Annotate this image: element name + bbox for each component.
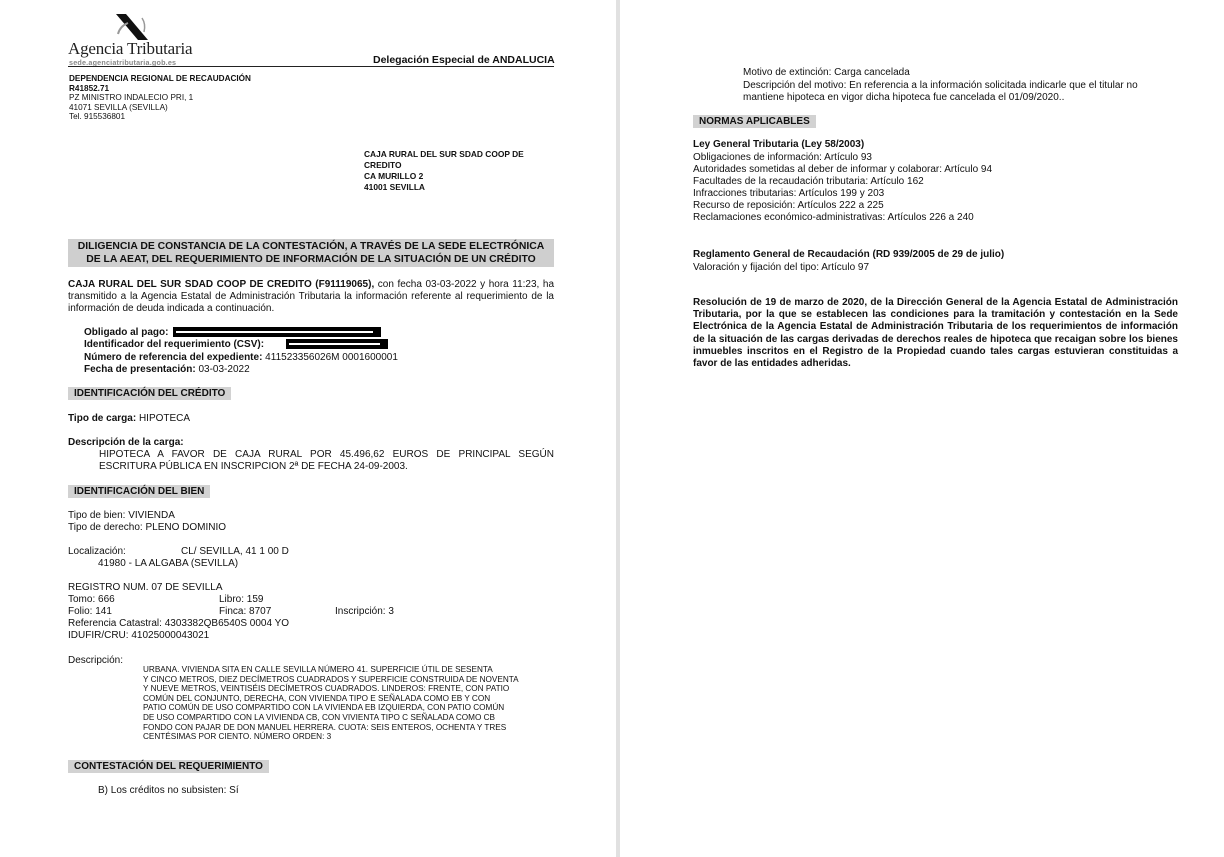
lgt-item: Recurso de reposición: Artículos 222 a 2… xyxy=(693,200,884,212)
tipo-bien: Tipo de bien: VIVIENDA xyxy=(68,510,175,522)
expediente-value: 411523356026M 0001600001 xyxy=(262,352,398,363)
header-rule xyxy=(68,66,554,67)
lgt-item: Autoridades sometidas al deber de inform… xyxy=(693,164,992,176)
inscripcion: Inscripción: 3 xyxy=(335,606,394,618)
tipo-carga-value: HIPOTECA xyxy=(136,413,190,424)
idufir: IDUFIR/CRU: 41025000043021 xyxy=(68,630,209,642)
descripcion-label: Descripción: xyxy=(68,655,123,667)
localizacion-line-2: 41980 - LA ALGABA (SEVILLA) xyxy=(98,558,238,570)
document-title-line-1: DILIGENCIA DE CONSTANCIA DE LA CONTESTAC… xyxy=(68,240,554,253)
logo-brand-text: Agencia Tributaria xyxy=(68,40,192,58)
rgr-title: Reglamento General de Recaudación (RD 93… xyxy=(693,249,1004,261)
lgt-item: Infracciones tributarias: Artículos 199 … xyxy=(693,188,884,200)
descripcion-line: DE USO COMPARTIDO CON LA VIVIENDA CB, CO… xyxy=(143,713,519,723)
obligado-label: Obligado al pago: xyxy=(84,327,168,338)
dependencia-phone: Tel. 915536801 xyxy=(69,112,251,122)
intro-paragraph: CAJA RURAL DEL SUR SDAD COOP DE CREDITO … xyxy=(68,279,554,315)
recipient-line: CAJA RURAL DEL SUR SDAD COOP DE xyxy=(364,149,524,160)
referencia-catastral: Referencia Catastral: 4303382QB6540S 000… xyxy=(68,618,289,630)
localizacion-line-1: CL/ SEVILLA, 41 1 00 D xyxy=(181,546,289,558)
recipient-address: CAJA RURAL DEL SUR SDAD COOP DE CREDITO … xyxy=(364,149,524,193)
section-heading-normas: NORMAS APLICABLES xyxy=(693,115,816,128)
csv-field: Identificador del requerimiento (CSV): xyxy=(84,339,264,351)
descripcion-line: URBANA. VIVIENDA SITA EN CALLE SEVILLA N… xyxy=(143,665,519,675)
dependencia-name: DEPENDENCIA REGIONAL DE RECAUDACIÓN xyxy=(69,74,251,84)
dependencia-block: DEPENDENCIA REGIONAL DE RECAUDACIÓN R418… xyxy=(69,74,251,122)
expediente-label: Número de referencia del expediente: xyxy=(84,352,262,363)
intro-entity: CAJA RURAL DEL SUR SDAD COOP DE CREDITO … xyxy=(68,279,374,290)
fecha-field: Fecha de presentación: 03-03-2022 xyxy=(84,364,250,376)
lgt-title: Ley General Tributaria (Ley 58/2003) xyxy=(693,139,864,151)
registro: REGISTRO NUM. 07 DE SEVILLA xyxy=(68,582,223,594)
redacted-csv xyxy=(286,339,388,349)
descripcion-line: Y CINCO METROS, DIEZ DECÍMETROS CUADRADO… xyxy=(143,675,519,685)
motivo-extincion: Motivo de extinción: Carga cancelada xyxy=(743,67,910,79)
tomo: Tomo: 666 xyxy=(68,594,115,606)
tipo-carga-label: Tipo de carga: xyxy=(68,413,136,424)
descripcion-text: URBANA. VIVIENDA SITA EN CALLE SEVILLA N… xyxy=(143,665,519,742)
descripcion-motivo-1: Descripción del motivo: En referencia a … xyxy=(743,80,1138,92)
descripcion-line: CENTÉSIMAS POR CIENTO. NÚMERO ORDEN: 3 xyxy=(143,732,519,742)
localizacion-label: Localización: xyxy=(68,546,126,558)
redacted-obligado xyxy=(173,327,381,337)
obligado-field: Obligado al pago: xyxy=(84,327,168,339)
page-1: Agencia Tributaria sede.agenciatributari… xyxy=(0,0,612,857)
section-heading-credito: IDENTIFICACIÓN DEL CRÉDITO xyxy=(68,387,231,400)
lgt-item: Obligaciones de información: Artículo 93 xyxy=(693,152,872,164)
document-title: DILIGENCIA DE CONSTANCIA DE LA CONTESTAC… xyxy=(68,239,554,267)
section-heading-bien: IDENTIFICACIÓN DEL BIEN xyxy=(68,485,210,498)
rgr-item: Valoración y fijación del tipo: Artículo… xyxy=(693,262,869,274)
fecha-label: Fecha de presentación: xyxy=(84,364,196,375)
contestacion-answer: B) Los créditos no subsisten: Sí xyxy=(98,785,239,797)
dependencia-code: R41852.71 xyxy=(69,84,251,94)
descripcion-line: FONDO CON PAJAR DE DON MANUEL HERRERA. C… xyxy=(143,723,519,733)
page-2: Motivo de extinción: Carga cancelada Des… xyxy=(620,0,1224,857)
csv-label: Identificador del requerimiento (CSV): xyxy=(84,339,264,350)
dependencia-address-1: PZ MINISTRO INDALECIO PRI, 1 xyxy=(69,93,251,103)
recipient-line: CA MURILLO 2 xyxy=(364,171,524,182)
fecha-value: 03-03-2022 xyxy=(196,364,250,375)
tipo-derecho: Tipo de derecho: PLENO DOMINIO xyxy=(68,522,226,534)
document-title-line-2: DE LA AEAT, DEL REQUERIMIENTO DE INFORMA… xyxy=(68,253,554,266)
lgt-item: Reclamaciones económico-administrativas:… xyxy=(693,212,974,224)
descripcion-motivo-2: mantiene hipoteca en vigor dicha hipotec… xyxy=(743,92,1064,104)
recipient-line: CREDITO xyxy=(364,160,524,171)
desc-carga-label: Descripción de la carga: xyxy=(68,437,184,449)
finca: Finca: 8707 xyxy=(219,606,271,618)
desc-carga-value: HIPOTECA A FAVOR DE CAJA RURAL POR 45.49… xyxy=(99,449,554,473)
dependencia-address-2: 41071 SEVILLA (SEVILLA) xyxy=(69,103,251,113)
descripcion-line: PATIO COMÚN DE USO COMPARTIDO CON LA VIV… xyxy=(143,703,519,713)
libro: Libro: 159 xyxy=(219,594,263,606)
descripcion-line: Y NUEVE METROS, VEINTISÉIS DECÍMETROS CU… xyxy=(143,684,519,694)
expediente-field: Número de referencia del expediente: 411… xyxy=(84,352,398,364)
delegacion-title: Delegación Especial de ANDALUCIA xyxy=(373,54,555,66)
agencia-tributaria-logo: Agencia Tributaria sede.agenciatributari… xyxy=(68,14,198,68)
recipient-line: 41001 SEVILLA xyxy=(364,182,524,193)
descripcion-line: COMÚN DEL CONJUNTO, DERECHA, CON VIVIEND… xyxy=(143,694,519,704)
folio: Folio: 141 xyxy=(68,606,112,618)
lgt-item: Facultades de la recaudación tributaria:… xyxy=(693,176,924,188)
resolucion-text: Resolución de 19 de marzo de 2020, de la… xyxy=(693,297,1178,370)
tipo-carga: Tipo de carga: HIPOTECA xyxy=(68,413,190,425)
section-heading-contestacion: CONTESTACIÓN DEL REQUERIMIENTO xyxy=(68,760,269,773)
